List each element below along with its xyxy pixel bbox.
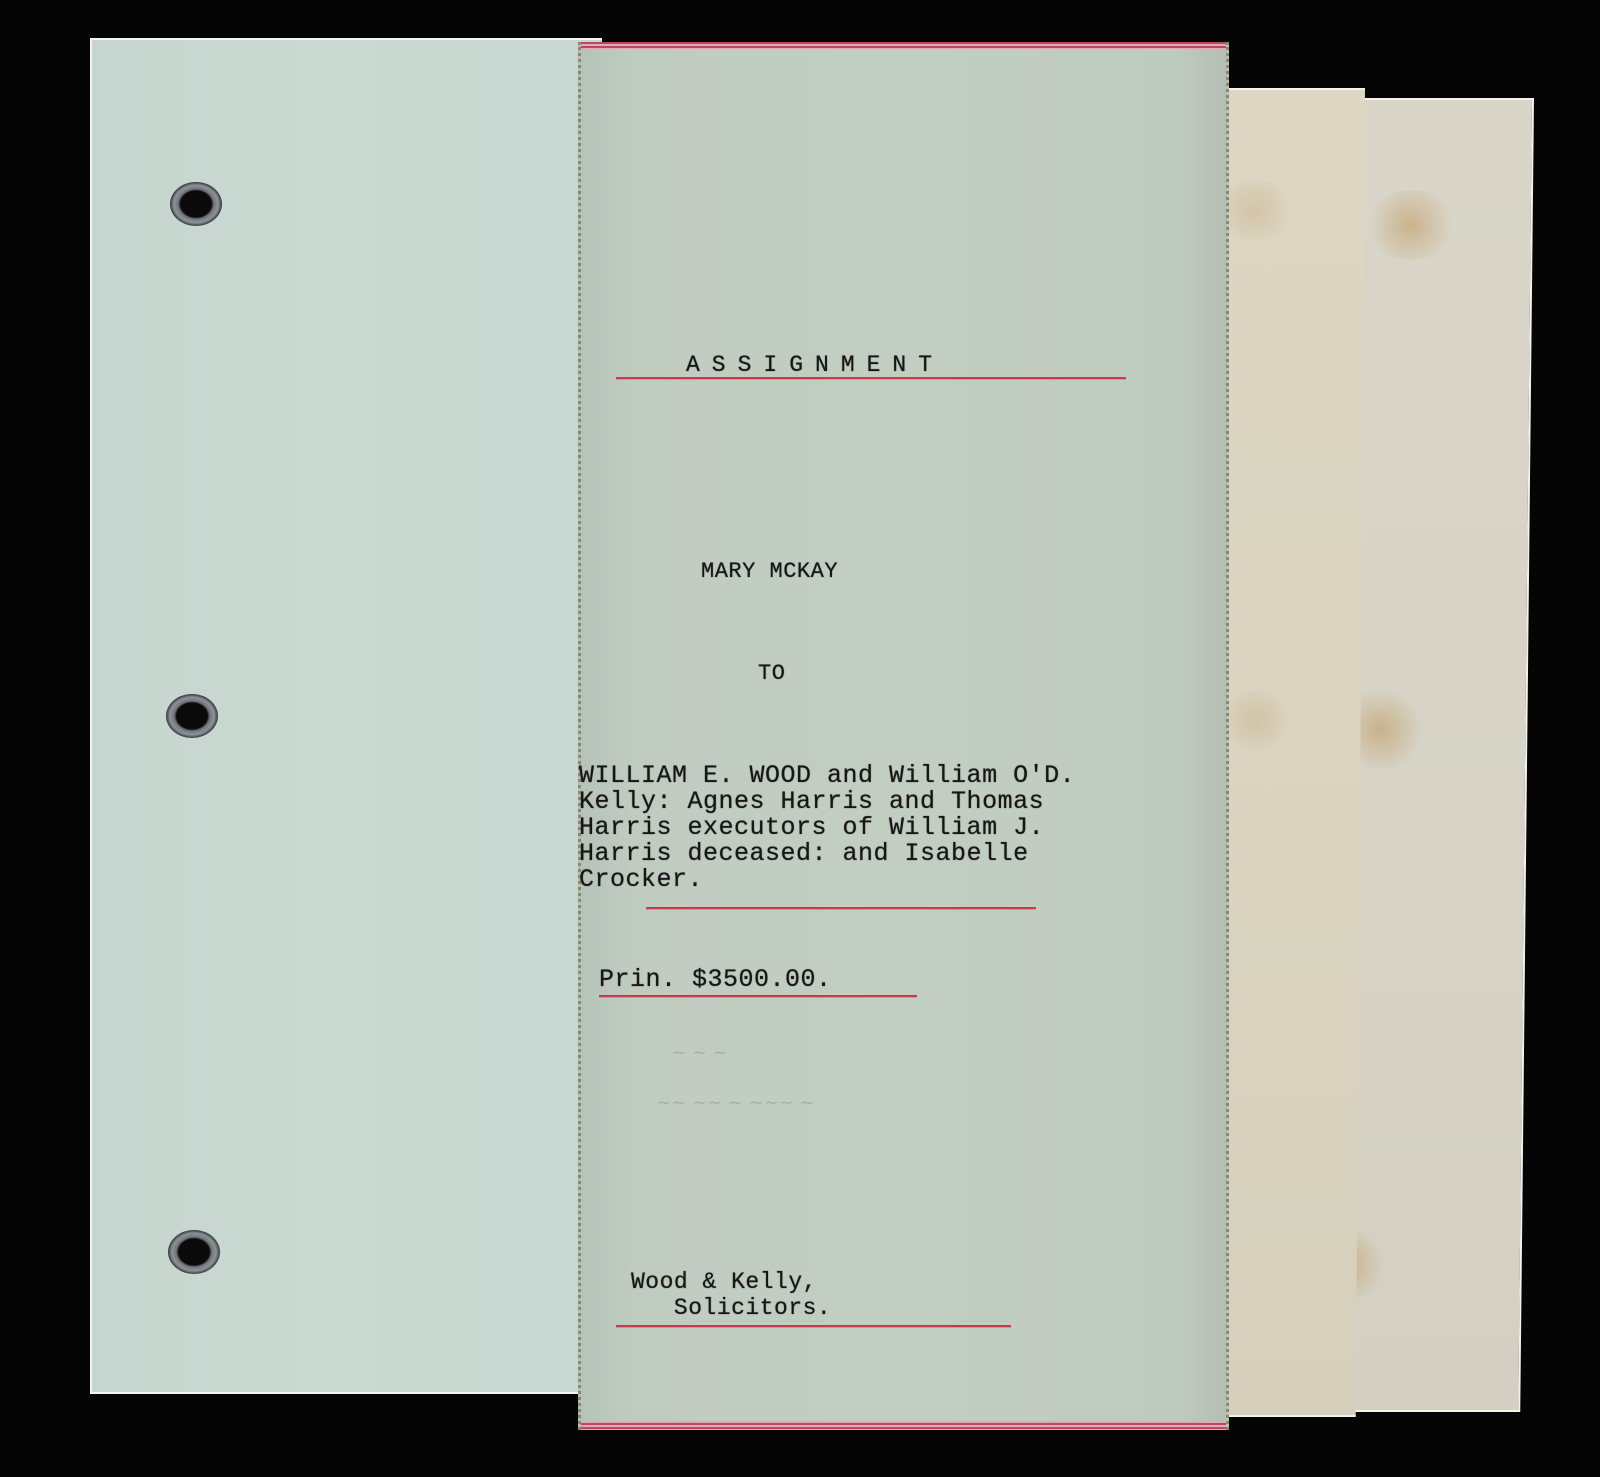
principal-amount: Prin. $3500.00. bbox=[599, 966, 832, 993]
parties-underline bbox=[646, 907, 1036, 909]
solicitors-title: Solicitors. bbox=[631, 1295, 831, 1322]
document-title: ASSIGNMENT bbox=[686, 352, 944, 379]
stain bbox=[1220, 690, 1290, 750]
left-cover-panel bbox=[90, 38, 602, 1394]
pencil-annotation: ~ ~ ~ bbox=[671, 1042, 728, 1063]
connector-to: TO bbox=[758, 660, 785, 687]
grommet-hole-icon bbox=[168, 1230, 220, 1274]
to-parties-line: WILLIAM E. WOOD and William O'D. bbox=[579, 762, 1075, 789]
to-parties-line: Harris executors of William J. bbox=[579, 814, 1044, 841]
from-party: MARY MCKAY bbox=[701, 558, 838, 585]
stain bbox=[1365, 190, 1456, 260]
solicitors-name: Wood & Kelly, bbox=[631, 1269, 817, 1296]
title-underline bbox=[616, 377, 1126, 379]
pencil-annotation: ~~ ~~ ~ ~~~ ~ bbox=[656, 1092, 815, 1113]
to-parties-line: Harris deceased: and Isabelle bbox=[579, 840, 1029, 867]
grommet-hole-icon bbox=[170, 182, 222, 226]
to-parties-line: Crocker. bbox=[579, 866, 703, 893]
grommet-hole-icon bbox=[166, 694, 218, 738]
solicitors-underline bbox=[616, 1325, 1011, 1327]
document-cover: ASSIGNMENT MARY MCKAY TO WILLIAM E. WOOD… bbox=[578, 42, 1229, 1430]
principal-underline bbox=[599, 995, 917, 997]
to-parties-line: Kelly: Agnes Harris and Thomas bbox=[579, 788, 1044, 815]
